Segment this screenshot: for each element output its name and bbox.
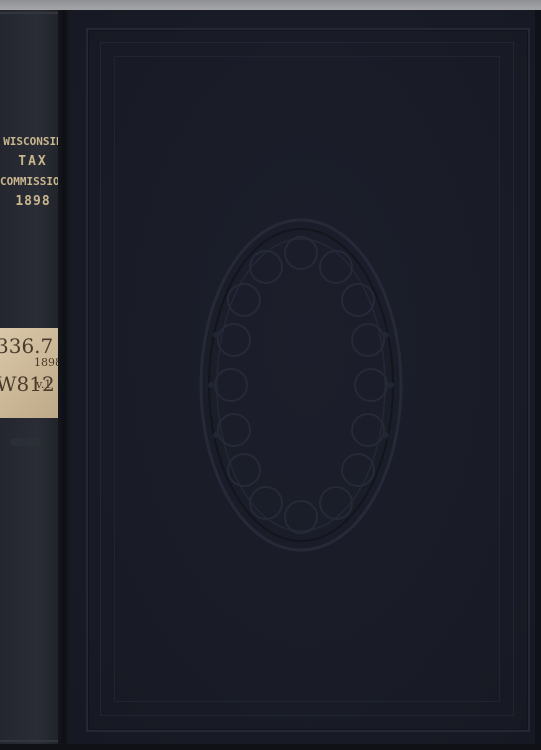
spine-title-line: 1898	[0, 192, 66, 212]
book-spine: WISCONSIN TAX COMMISSION 1898 336.7 1898…	[0, 10, 62, 750]
cover-edge	[535, 10, 541, 750]
spine-title: WISCONSIN TAX COMMISSION 1898	[0, 132, 66, 212]
book-bottom-edge	[0, 744, 541, 750]
spine-hinge	[58, 10, 70, 750]
spine-title-line: TAX	[0, 152, 66, 172]
spine-band	[0, 12, 62, 14]
spine-title-line: WISCONSIN	[0, 132, 66, 152]
call-number-volume: v.1	[36, 378, 51, 391]
book: WISCONSIN TAX COMMISSION 1898 336.7 1898…	[0, 10, 541, 750]
call-number-class: 336.7	[0, 334, 53, 358]
spine-band	[0, 740, 62, 742]
spine-title-line: COMMISSION	[0, 172, 66, 192]
book-front-cover	[70, 10, 541, 750]
library-call-number-label: 336.7 1898 W812 v.1	[0, 328, 62, 418]
oval-medallion-icon	[196, 215, 406, 555]
spine-mark	[10, 438, 40, 446]
